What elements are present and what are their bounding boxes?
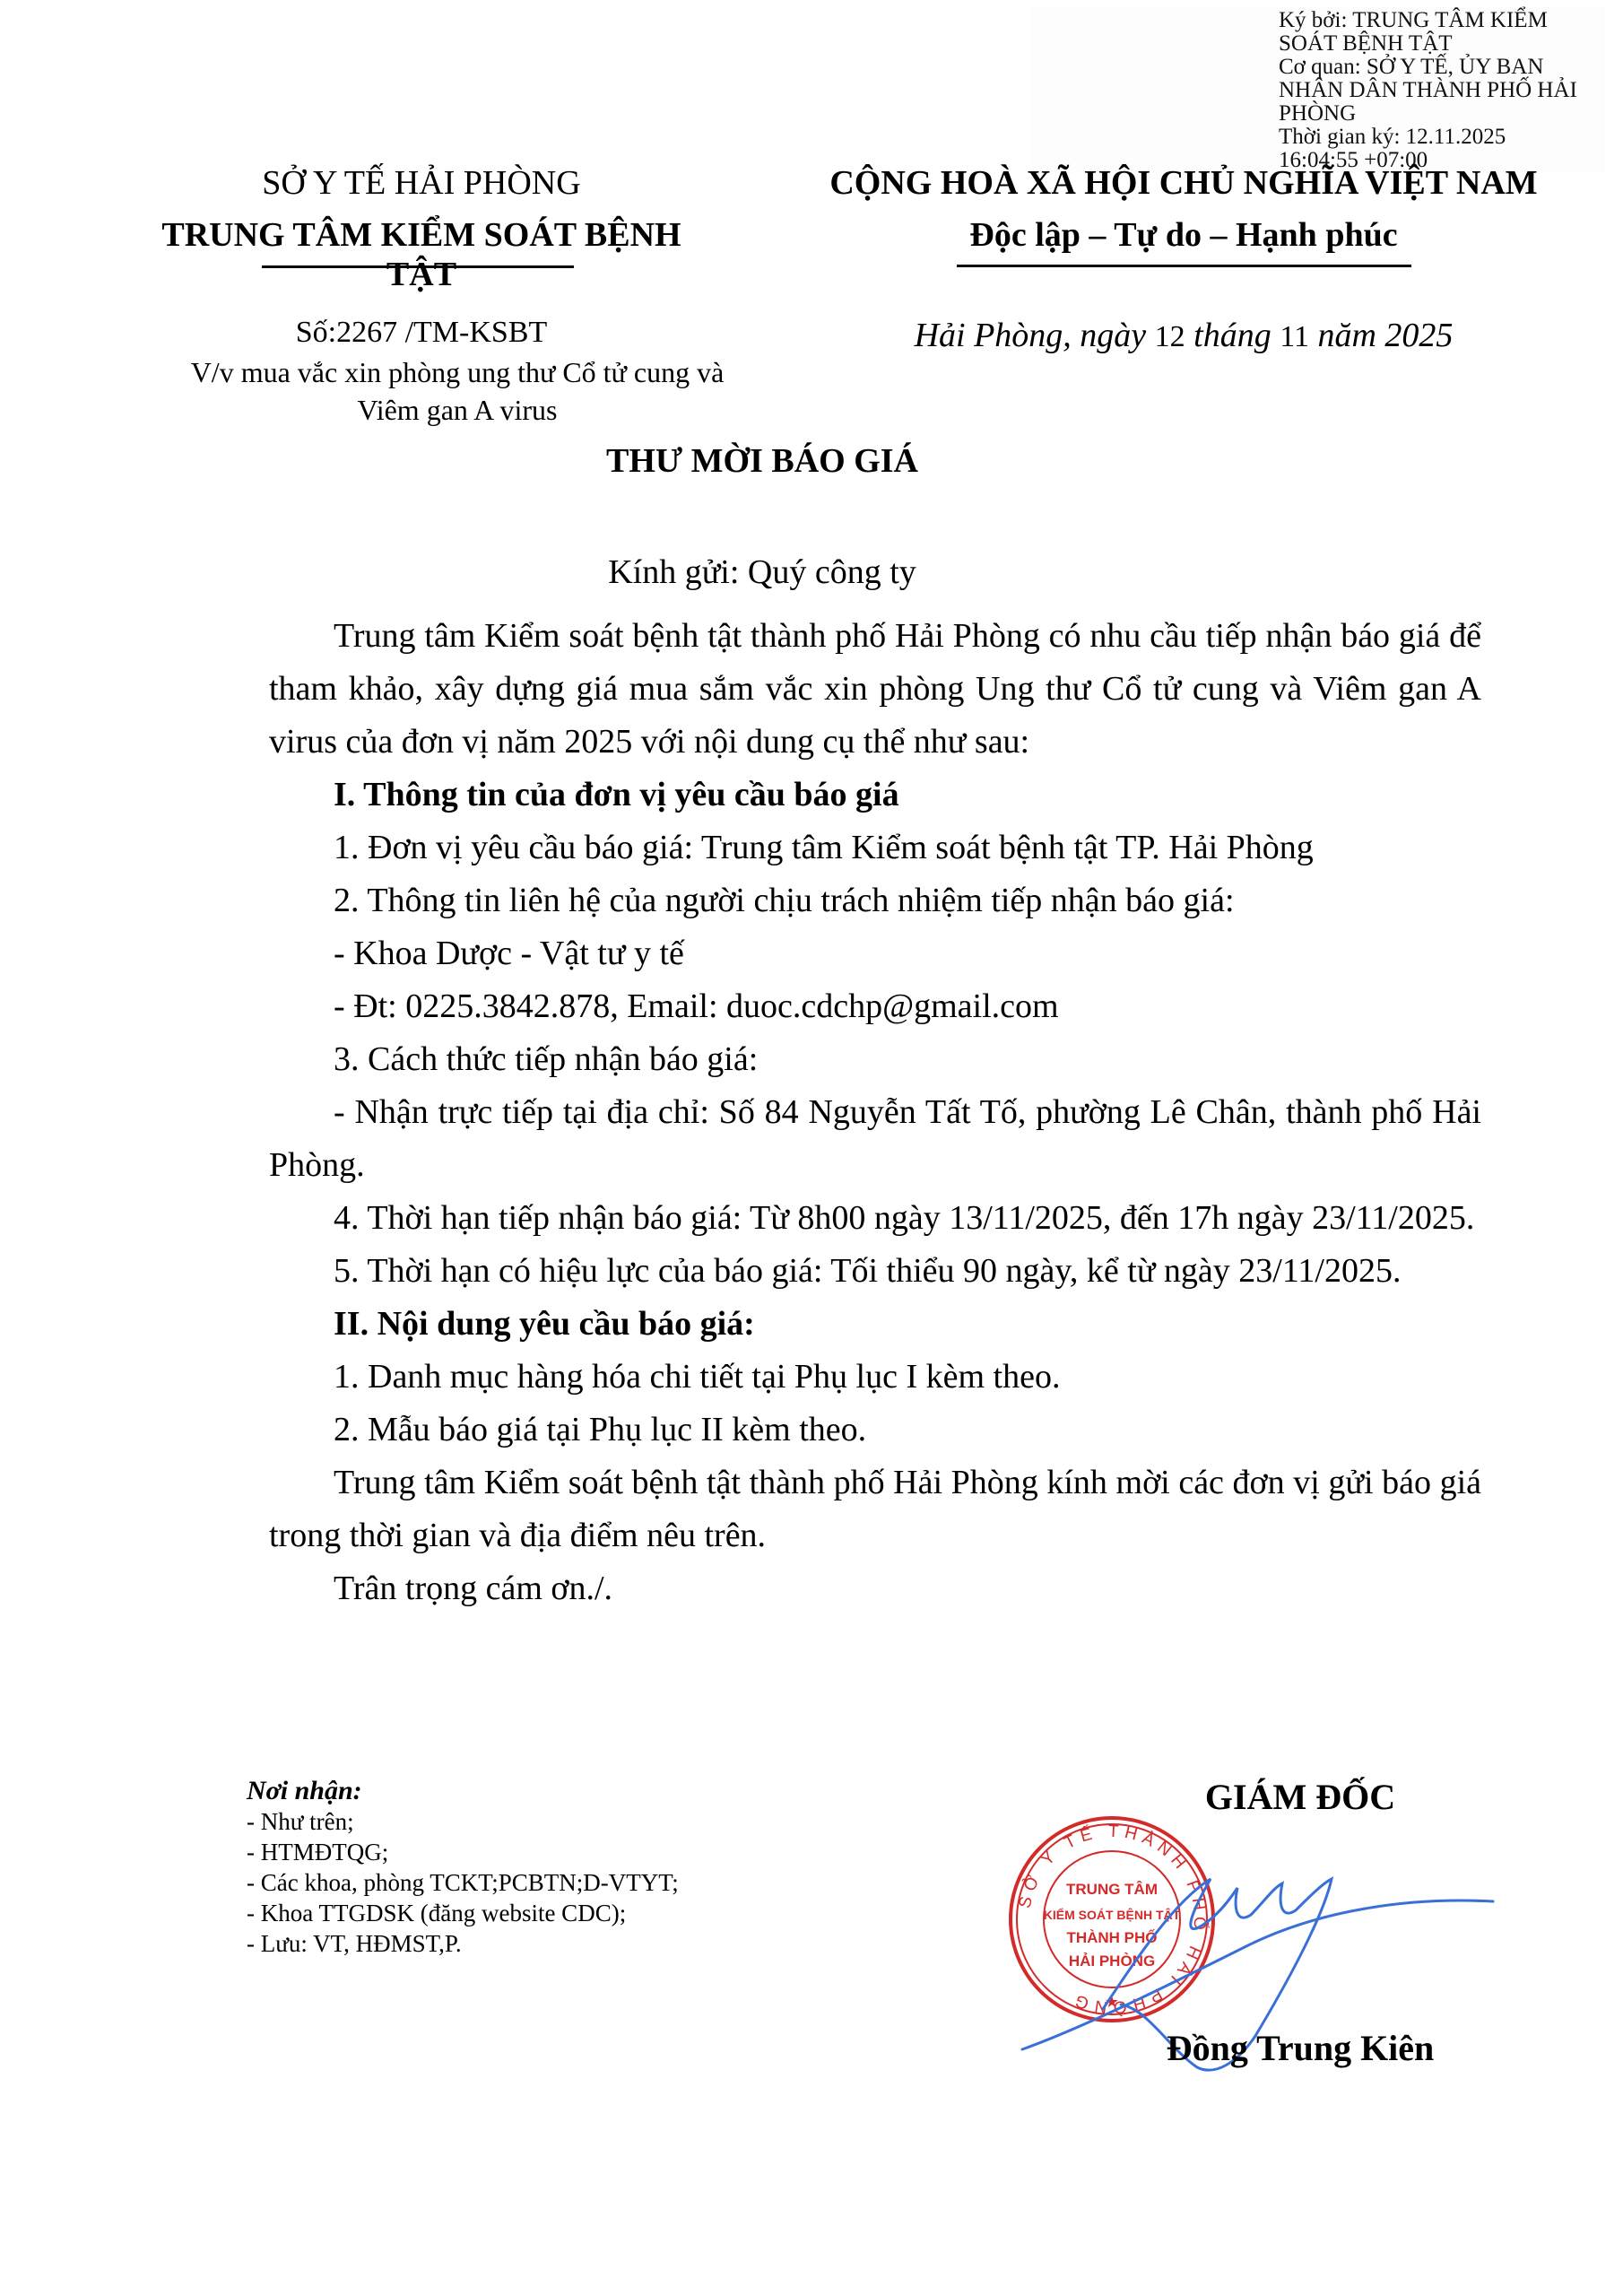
recipient-item: - Như trên; xyxy=(247,1806,803,1837)
sig-line: NHÂN DÂN THÀNH PHỐ HẢI xyxy=(1279,79,1619,102)
digital-signature-info: Ký bởi: TRUNG TÂM KIỂM SOÁT BỆNH TẬT Cơ … xyxy=(1279,9,1619,172)
section-1-item-3: 3. Cách thức tiếp nhận báo giá: xyxy=(269,1033,1481,1086)
section-1-item-4: 4. Thời hạn tiếp nhận báo giá: Từ 8h00 n… xyxy=(269,1192,1481,1245)
date-month: 11 xyxy=(1280,320,1309,353)
recipients-list: Nơi nhận: - Như trên; - HTMĐTQG; - Các k… xyxy=(247,1776,803,1959)
subject-line-2: Viêm gan A virus xyxy=(126,391,789,429)
document-title: THƯ MỜI BÁO GIÁ xyxy=(269,441,1255,481)
section-2-item-1: 1. Danh mục hàng hóa chi tiết tại Phụ lụ… xyxy=(269,1351,1481,1404)
sig-line: Ký bởi: TRUNG TÂM KIỂM xyxy=(1279,9,1619,32)
date-prefix: Hải Phòng, ngày xyxy=(915,317,1147,354)
recipient-item: - Khoa TTGDSK (đăng website CDC); xyxy=(247,1898,803,1928)
date-day: 12 xyxy=(1155,320,1185,353)
national-title: CỘNG HOÀ XÃ HỘI CHỦ NGHĨA VIỆT NAM xyxy=(789,163,1578,203)
subject-line-1: V/v mua vắc xin phòng ung thư Cổ tử cung… xyxy=(126,353,789,391)
contact-department: - Khoa Dược - Vật tư y tế xyxy=(269,927,1481,980)
sig-line: SOÁT BỆNH TẬT xyxy=(1279,32,1619,56)
signer-name: Đồng Trung Kiên xyxy=(1076,2027,1524,2069)
section-2-heading: II. Nội dung yêu cầu báo giá: xyxy=(269,1298,1481,1351)
closing-invitation: Trung tâm Kiểm soát bệnh tật thành phố H… xyxy=(269,1457,1481,1562)
national-motto: Độc lập – Tự do – Hạnh phúc xyxy=(789,215,1578,255)
organization-name: TRUNG TÂM KIỂM SOÁT BỆNH TẬT xyxy=(126,215,717,294)
section-1-item-5: 5. Thời hạn có hiệu lực của báo giá: Tối… xyxy=(269,1245,1481,1298)
date-month-label: tháng xyxy=(1193,317,1271,354)
parent-organization: SỞ Y TẾ HẢI PHÒNG xyxy=(126,163,717,203)
sig-line: Thời gian ký: 12.11.2025 xyxy=(1279,126,1619,149)
header-left-divider xyxy=(262,265,574,268)
header-right-divider xyxy=(957,265,1411,267)
document-body: Trung tâm Kiểm soát bệnh tật thành phố H… xyxy=(269,610,1481,1615)
section-1-heading: I. Thông tin của đơn vị yêu cầu báo giá xyxy=(269,769,1481,822)
thanks-line: Trân trọng cám ơn./. xyxy=(269,1562,1481,1615)
intro-paragraph: Trung tâm Kiểm soát bệnh tật thành phố H… xyxy=(269,610,1481,769)
recipients-heading: Nơi nhận: xyxy=(247,1776,803,1806)
sig-line: PHÒNG xyxy=(1279,102,1619,126)
greeting: Kính gửi: Quý công ty xyxy=(269,552,1255,592)
document-number: Số:2267 /TM-KSBT xyxy=(126,316,717,350)
document-date: Hải Phòng, ngày 12 tháng 11 năm 2025 xyxy=(789,316,1578,355)
document-subject: V/v mua vắc xin phòng ung thư Cổ tử cung… xyxy=(126,353,789,429)
sig-line: Cơ quan: SỞ Y TẾ, ỦY BAN xyxy=(1279,56,1619,79)
recipient-item: - Các khoa, phòng TCKT;PCBTN;D-VTYT; xyxy=(247,1867,803,1898)
recipient-item: - HTMĐTQG; xyxy=(247,1837,803,1867)
section-1-item-1: 1. Đơn vị yêu cầu báo giá: Trung tâm Kiể… xyxy=(269,822,1481,874)
receive-method: - Nhận trực tiếp tại địa chỉ: Số 84 Nguy… xyxy=(269,1086,1481,1192)
recipient-item: - Lưu: VT, HĐMST,P. xyxy=(247,1928,803,1959)
contact-phone-email: - Đt: 0225.3842.878, Email: duoc.cdchp@g… xyxy=(269,980,1481,1033)
section-2-item-2: 2. Mẫu báo giá tại Phụ lục II kèm theo. xyxy=(269,1404,1481,1457)
section-1-item-2: 2. Thông tin liên hệ của người chịu trác… xyxy=(269,874,1481,927)
date-year: năm 2025 xyxy=(1317,317,1453,354)
